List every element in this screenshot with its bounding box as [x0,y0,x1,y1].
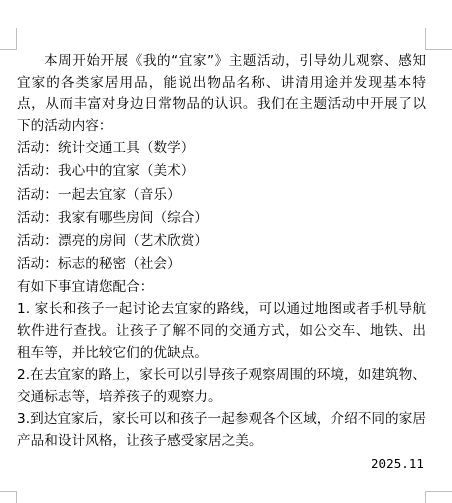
document-body[interactable]: 本周开始开展《我的“宜家”》主题活动，引导幼儿观察、感知宜家的各类家居用品，能说… [17,51,426,475]
activity-name: 一起去宜家 [58,187,126,203]
activity-name: 漂亮的房间 [58,233,126,249]
cooperation-item: 2.在去宜家的路上，家长可以引导孩子观察周围的环境，如建筑物、交通标志等，培养孩… [17,364,426,408]
activity-name: 我心中的宜家 [58,163,140,179]
activity-item: 活动：我心中的宜家（美术） [17,160,426,183]
page-corner-mark-bottom-left [0,491,17,503]
activity-subject: （音乐） [126,187,181,203]
activity-item: 活动：漂亮的房间（艺术欣赏） [17,230,426,253]
activity-name: 我家有哪些房间 [58,210,154,226]
cooperation-list: 1. 家长和孩子一起讨论去宜家的路线，可以通过地图或者手机导航软件进行查找。让孩… [17,298,426,452]
activity-subject: （数学） [140,140,195,156]
activity-label: 活动： [17,140,58,156]
intro-paragraph: 本周开始开展《我的“宜家”》主题活动，引导幼儿观察、感知宜家的各类家居用品，能说… [17,51,426,137]
activity-label: 活动： [17,187,58,203]
activity-label: 活动： [17,256,58,272]
page-corner-mark-top-right [425,28,452,50]
activity-subject: （社会） [126,256,181,272]
activity-subject: （艺术欣赏） [126,233,208,249]
activity-label: 活动： [17,163,58,179]
cooperation-intro: 有如下事宜请您配合： [17,277,426,299]
cooperation-item: 3.到达宜家后，家长可以和孩子一起参观各个区域，介绍不同的家居产品和设计风格，让… [17,408,426,452]
page-corner-mark-bottom-right [425,491,452,503]
activity-subject: （综合） [153,210,208,226]
activity-label: 活动： [17,233,58,249]
activity-item: 活动：我家有哪些房间（综合） [17,207,426,230]
cooperation-item: 1. 家长和孩子一起讨论去宜家的路线，可以通过地图或者手机导航软件进行查找。让孩… [17,298,426,364]
activity-label: 活动： [17,210,58,226]
activity-item: 活动：标志的秘密（社会） [17,253,426,276]
page-corner-mark-top-left [0,28,17,50]
activity-list: 活动：统计交通工具（数学） 活动：我心中的宜家（美术） 活动：一起去宜家（音乐）… [17,137,426,277]
activity-name: 标志的秘密 [58,256,126,272]
activity-item: 活动：一起去宜家（音乐） [17,184,426,207]
activity-item: 活动：统计交通工具（数学） [17,137,426,160]
activity-name: 统计交通工具 [58,140,140,156]
document-date: 2025.11 [17,452,426,475]
activity-subject: （美术） [140,163,195,179]
